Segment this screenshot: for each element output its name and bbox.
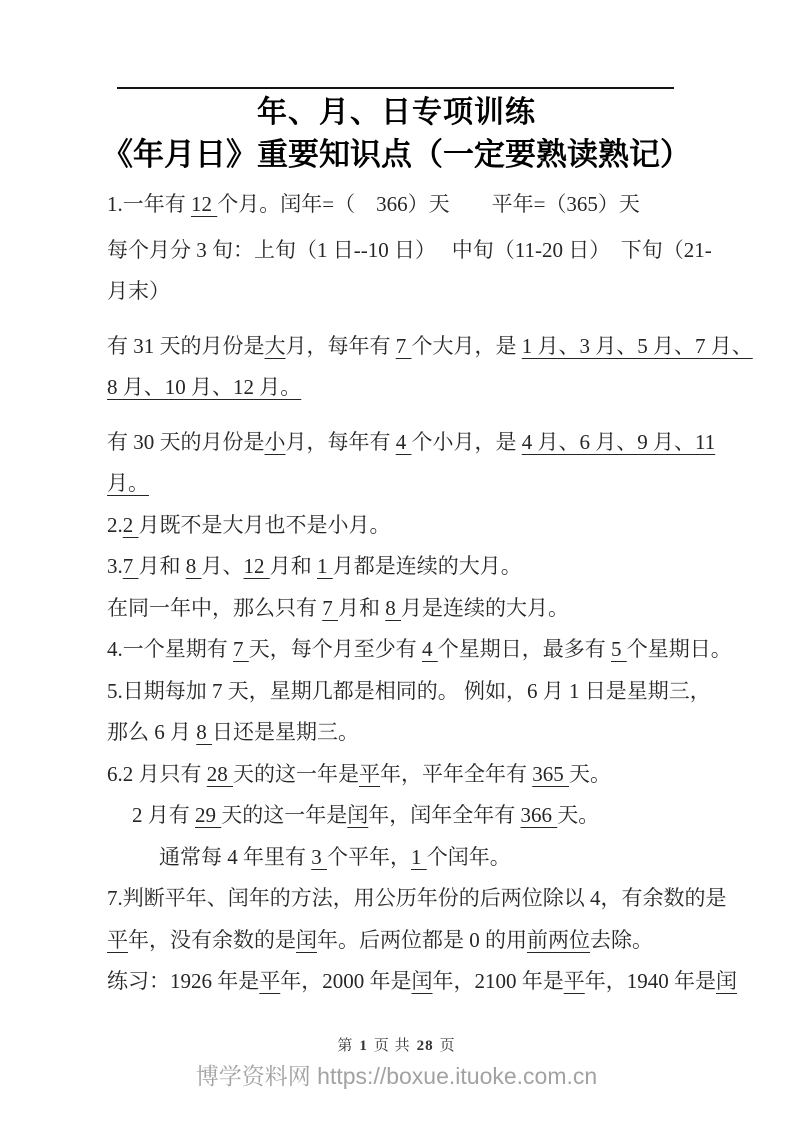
text-line: 在同一年中，那么只有 7 月和 8 月是连续的大月。 <box>107 588 687 630</box>
underlined-text: 平 <box>564 969 585 993</box>
text-run: 天。 <box>557 803 599 827</box>
text-line: 平年，没有余数的是闰年。后两位都是 0 的用前两位去除。 <box>107 920 687 962</box>
paragraph: 1.一年有 12 个月。闰年=（ 366）天 平年=（365）天 <box>107 184 687 226</box>
text-run: 有 30 天的月份是 <box>107 430 265 454</box>
underlined-text: 5 <box>611 637 627 661</box>
text-run: 月和 <box>338 596 385 620</box>
underlined-text: 4 <box>422 637 438 661</box>
paragraph: 2 月有 29 天的这一年是闰年，闰年全年有 366 天。 <box>132 795 687 837</box>
text-line: 月。 <box>107 463 687 505</box>
underlined-text: 2 <box>123 513 139 537</box>
header-rule <box>117 87 674 89</box>
text-run: 在同一年中，那么只有 <box>107 596 322 620</box>
page-label-mid: 页 共 <box>374 1038 411 1054</box>
text-run: 个月。闰年=（ 366）天 平年=（365）天 <box>217 192 640 216</box>
text-run: 年，2100 年是 <box>433 969 564 993</box>
paragraph: 7.判断平年、闰年的方法，用公历年份的后两位除以 4，有余数的是平年，没有余数的… <box>107 878 687 961</box>
text-line: 有 31 天的月份是大月，每年有 7 个大月，是 1 月、3 月、5 月、7 月… <box>107 326 687 368</box>
text-run: 通常每 4 年里有 <box>159 845 311 869</box>
underlined-text: 7 <box>322 596 338 620</box>
text-run: 月和 <box>270 554 317 578</box>
text-run: 练习：1926 年是 <box>107 969 259 993</box>
document-title: 年、月、日专项训练 <box>0 96 793 130</box>
text-run: 4.一个星期有 <box>107 637 233 661</box>
paragraph: 每个月分 3 旬：上旬（1 日--10 日） 中旬（11-20 日） 下旬（21… <box>107 230 687 313</box>
text-run: 个小月，是 <box>412 430 522 454</box>
underlined-text: 小 <box>265 430 286 454</box>
text-run: 个平年， <box>327 845 411 869</box>
text-run: 个星期日。 <box>627 637 732 661</box>
document-subtitle: 《年月日》重要知识点（一定要熟读熟记） <box>0 135 793 175</box>
text-run: 月，每年有 <box>286 334 396 358</box>
text-run: 每个月分 3 旬：上旬（1 日--10 日） 中旬（11-20 日） 下旬（21… <box>107 238 712 262</box>
paragraph: 有 31 天的月份是大月，每年有 7 个大月，是 1 月、3 月、5 月、7 月… <box>107 326 687 409</box>
text-line: 3.7 月和 8 月、12 月和 1 月都是连续的大月。 <box>107 546 687 588</box>
underlined-text: 闰 <box>716 969 737 993</box>
text-run: 3. <box>107 554 123 578</box>
text-run: 月和 <box>139 554 186 578</box>
underlined-text: 大 <box>265 334 286 358</box>
underlined-text: 365 <box>532 762 569 786</box>
underlined-text: 平 <box>359 762 380 786</box>
text-line: 2 月有 29 天的这一年是闰年，闰年全年有 366 天。 <box>132 795 687 837</box>
text-line: 每个月分 3 旬：上旬（1 日--10 日） 中旬（11-20 日） 下旬（21… <box>107 230 687 272</box>
underlined-text: 闰 <box>347 803 368 827</box>
text-line: 1.一年有 12 个月。闰年=（ 366）天 平年=（365）天 <box>107 184 687 226</box>
text-run: 月都是连续的大月。 <box>333 554 522 578</box>
underlined-text: 4 <box>396 430 412 454</box>
underlined-text: 闰 <box>412 969 433 993</box>
text-line: 那么 6 月 8 日还是星期三。 <box>107 712 687 754</box>
text-line: 2.2 月既不是大月也不是小月。 <box>107 505 687 547</box>
text-run: 2. <box>107 513 123 537</box>
text-run: 5.日期每加 7 天，星期几都是相同的。 例如，6 月 1 日是星期三， <box>107 679 711 703</box>
page-number: 第1页 共28页 <box>0 1037 793 1055</box>
page-label-suffix: 页 <box>440 1038 456 1054</box>
text-line: 有 30 天的月份是小月，每年有 4 个小月，是 4 月、6 月、9 月、11 <box>107 422 687 464</box>
text-run: 月末） <box>107 279 170 303</box>
text-run: 个闰年。 <box>427 845 511 869</box>
underlined-text: 8 月、10 月、12 月。 <box>107 375 301 399</box>
text-run: 年，闰年全年有 <box>368 803 520 827</box>
text-run: 6.2 月只有 <box>107 762 207 786</box>
underlined-text: 1 <box>317 554 333 578</box>
page-label-prefix: 第 <box>337 1038 353 1054</box>
current-page-number: 1 <box>359 1038 368 1054</box>
text-run: 月、 <box>202 554 244 578</box>
paragraph: 5.日期每加 7 天，星期几都是相同的。 例如，6 月 1 日是星期三，那么 6… <box>107 671 687 754</box>
text-run: 年，2000 年是 <box>280 969 411 993</box>
underlined-text: 7 <box>396 334 412 358</box>
underlined-text: 平 <box>107 928 128 952</box>
paragraph: 2.2 月既不是大月也不是小月。 <box>107 505 687 547</box>
underlined-text: 前两位 <box>527 928 590 952</box>
underlined-text: 3 <box>311 845 327 869</box>
underlined-text: 平 <box>259 969 280 993</box>
underlined-text: 月。 <box>107 471 149 495</box>
text-run: 日还是星期三。 <box>212 720 359 744</box>
text-run: 天，每个月至少有 <box>249 637 422 661</box>
text-run: 7.判断平年、闰年的方法，用公历年份的后两位除以 4，有余数的是 <box>107 886 727 910</box>
underlined-text: 闰 <box>296 928 317 952</box>
text-run: 月既不是大月也不是小月。 <box>139 513 391 537</box>
text-run: 天的这一年是 <box>221 803 347 827</box>
text-line: 练习：1926 年是平年，2000 年是闰年，2100 年是平年，1940 年是… <box>107 961 687 1003</box>
paragraph: 3.7 月和 8 月、12 月和 1 月都是连续的大月。 <box>107 546 687 588</box>
text-line: 6.2 月只有 28 天的这一年是平年，平年全年有 365 天。 <box>107 754 687 796</box>
text-line: 通常每 4 年里有 3 个平年，1 个闰年。 <box>159 837 687 879</box>
paragraph: 通常每 4 年里有 3 个平年，1 个闰年。 <box>159 837 687 879</box>
underlined-text: 1 <box>411 845 427 869</box>
text-run: 那么 6 月 <box>107 720 196 744</box>
paragraph: 有 30 天的月份是小月，每年有 4 个小月，是 4 月、6 月、9 月、11月… <box>107 422 687 505</box>
underlined-text: 12 <box>191 192 217 216</box>
text-run: 有 31 天的月份是 <box>107 334 265 358</box>
text-line: 月末） <box>107 271 687 313</box>
text-run: 个星期日，最多有 <box>438 637 611 661</box>
text-run: 年。后两位都是 0 的用 <box>317 928 527 952</box>
text-line: 4.一个星期有 7 天，每个月至少有 4 个星期日，最多有 5 个星期日。 <box>107 629 687 671</box>
paragraph: 4.一个星期有 7 天，每个月至少有 4 个星期日，最多有 5 个星期日。 <box>107 629 687 671</box>
title-block: 年、月、日专项训练 《年月日》重要知识点（一定要熟读熟记） <box>0 96 793 175</box>
underlined-text: 12 <box>244 554 270 578</box>
underlined-text: 8 <box>186 554 202 578</box>
watermark-text: 博学资料网 https://boxue.ituoke.com.cn <box>0 1062 793 1090</box>
underlined-text: 8 <box>196 720 212 744</box>
text-run: 年，1940 年是 <box>585 969 716 993</box>
underlined-text: 4 月、6 月、9 月、11 <box>522 430 715 454</box>
underlined-text: 7 <box>123 554 139 578</box>
text-run: 去除。 <box>590 928 653 952</box>
text-run: 年，没有余数的是 <box>128 928 296 952</box>
text-run: 天。 <box>569 762 611 786</box>
paragraph: 练习：1926 年是平年，2000 年是闰年，2100 年是平年，1940 年是… <box>107 961 687 1003</box>
underlined-text: 366 <box>521 803 558 827</box>
text-run: 月是连续的大月。 <box>401 596 569 620</box>
text-run: 2 月有 <box>132 803 195 827</box>
document-page: 年、月、日专项训练 《年月日》重要知识点（一定要熟读熟记） 1.一年有 12 个… <box>0 0 793 1122</box>
text-run: 个大月，是 <box>412 334 522 358</box>
underlined-text: 8 <box>385 596 401 620</box>
text-run: 天的这一年是 <box>233 762 359 786</box>
paragraph: 在同一年中，那么只有 7 月和 8 月是连续的大月。 <box>107 588 687 630</box>
text-line: 8 月、10 月、12 月。 <box>107 367 687 409</box>
text-run: 年，平年全年有 <box>380 762 532 786</box>
paragraph: 6.2 月只有 28 天的这一年是平年，平年全年有 365 天。 <box>107 754 687 796</box>
total-page-number: 28 <box>417 1038 434 1054</box>
underlined-text: 1 月、3 月、5 月、7 月、 <box>522 334 753 358</box>
text-run: 月，每年有 <box>286 430 396 454</box>
document-body: 1.一年有 12 个月。闰年=（ 366）天 平年=（365）天每个月分 3 旬… <box>107 184 687 1003</box>
text-line: 5.日期每加 7 天，星期几都是相同的。 例如，6 月 1 日是星期三， <box>107 671 687 713</box>
underlined-text: 29 <box>195 803 221 827</box>
underlined-text: 7 <box>233 637 249 661</box>
text-line: 7.判断平年、闰年的方法，用公历年份的后两位除以 4，有余数的是 <box>107 878 687 920</box>
underlined-text: 28 <box>207 762 233 786</box>
text-run: 1.一年有 <box>107 192 191 216</box>
